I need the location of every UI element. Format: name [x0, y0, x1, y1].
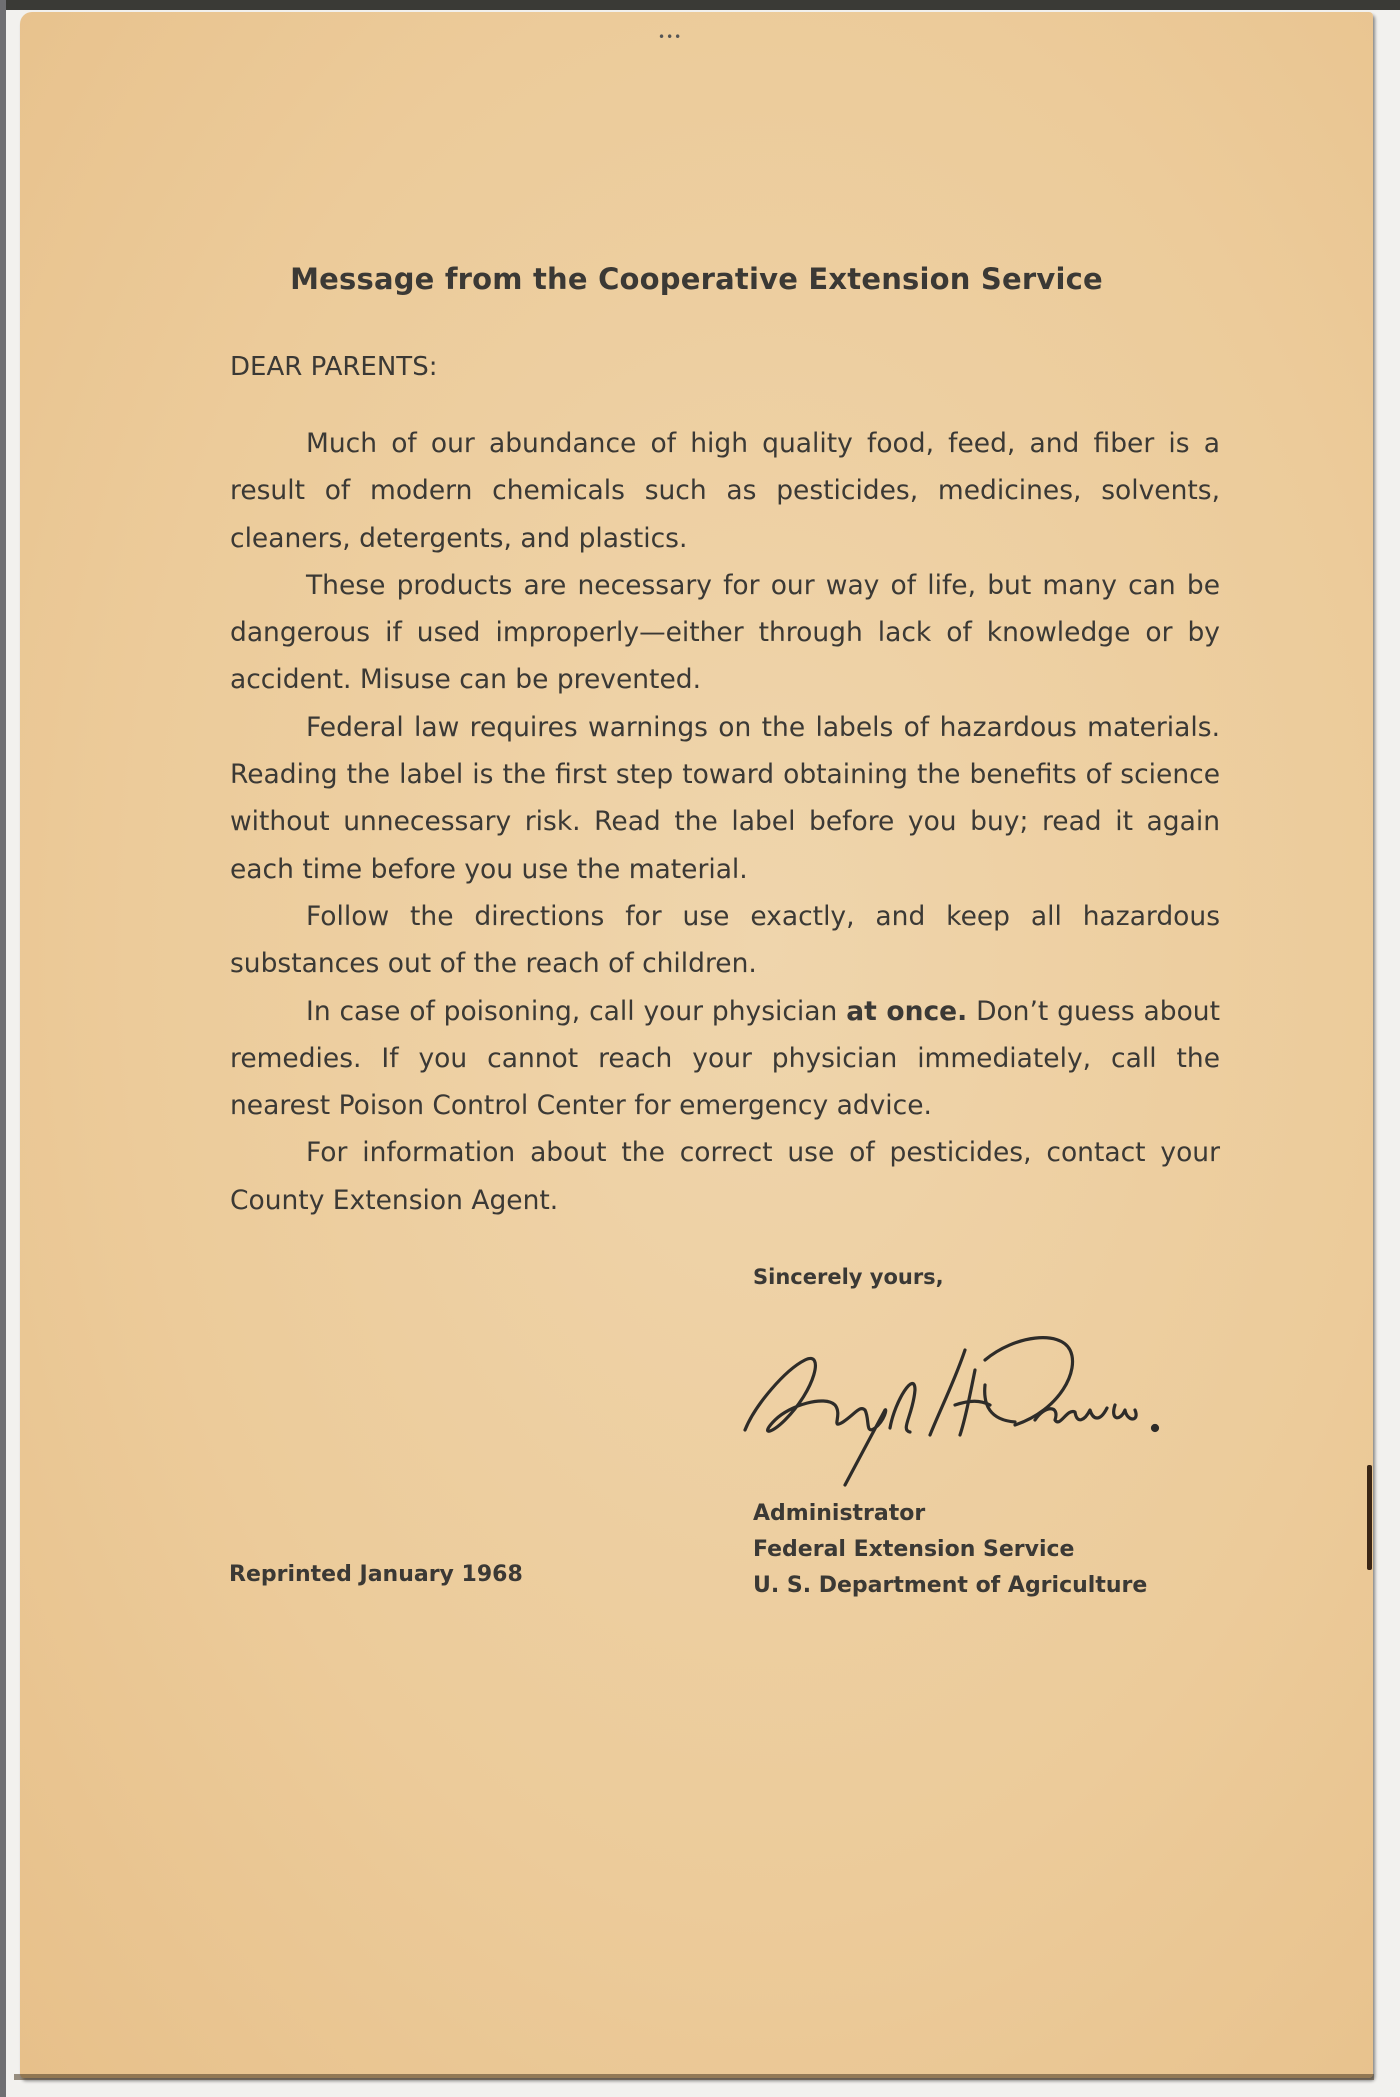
paragraph-information: For information about the correct use of… [230, 1129, 1220, 1224]
scanner-top-edge [0, 0, 1400, 10]
page-title: Message from the Cooperative Extension S… [20, 262, 1373, 296]
handwritten-signature [715, 1310, 1185, 1490]
page-bottom-shadow [14, 2074, 1374, 2080]
binding-staple-mark [1367, 1465, 1372, 1570]
letter-body: Much of our abundance of high quality fo… [230, 420, 1220, 1224]
poisoning-text-start: In case of poisoning, call your physicia… [306, 996, 846, 1027]
salutation: DEAR PARENTS: [230, 352, 437, 382]
closing: Sincerely yours, [753, 1265, 944, 1289]
signatory-department: U. S. Department of Agriculture [753, 1568, 1147, 1604]
paragraph-products: These products are necessary for our way… [230, 562, 1220, 704]
poisoning-emphasis: at once. [846, 996, 967, 1027]
reprint-note: Reprinted January 1968 [229, 1562, 523, 1587]
paragraph-federal-law: Federal law requires warnings on the lab… [230, 704, 1220, 893]
paragraph-abundance: Much of our abundance of high quality fo… [230, 420, 1220, 562]
paragraph-poisoning: In case of poisoning, call your physicia… [230, 988, 1220, 1130]
signatory-agency: Federal Extension Service [753, 1532, 1147, 1568]
top-print-marks: ••• [658, 30, 682, 44]
paragraph-directions: Follow the directions for use exactly, a… [230, 893, 1220, 988]
signatory-block: Administrator Federal Extension Service … [753, 1496, 1147, 1604]
scanner-left-edge [0, 0, 6, 2097]
signatory-title: Administrator [753, 1496, 1147, 1532]
